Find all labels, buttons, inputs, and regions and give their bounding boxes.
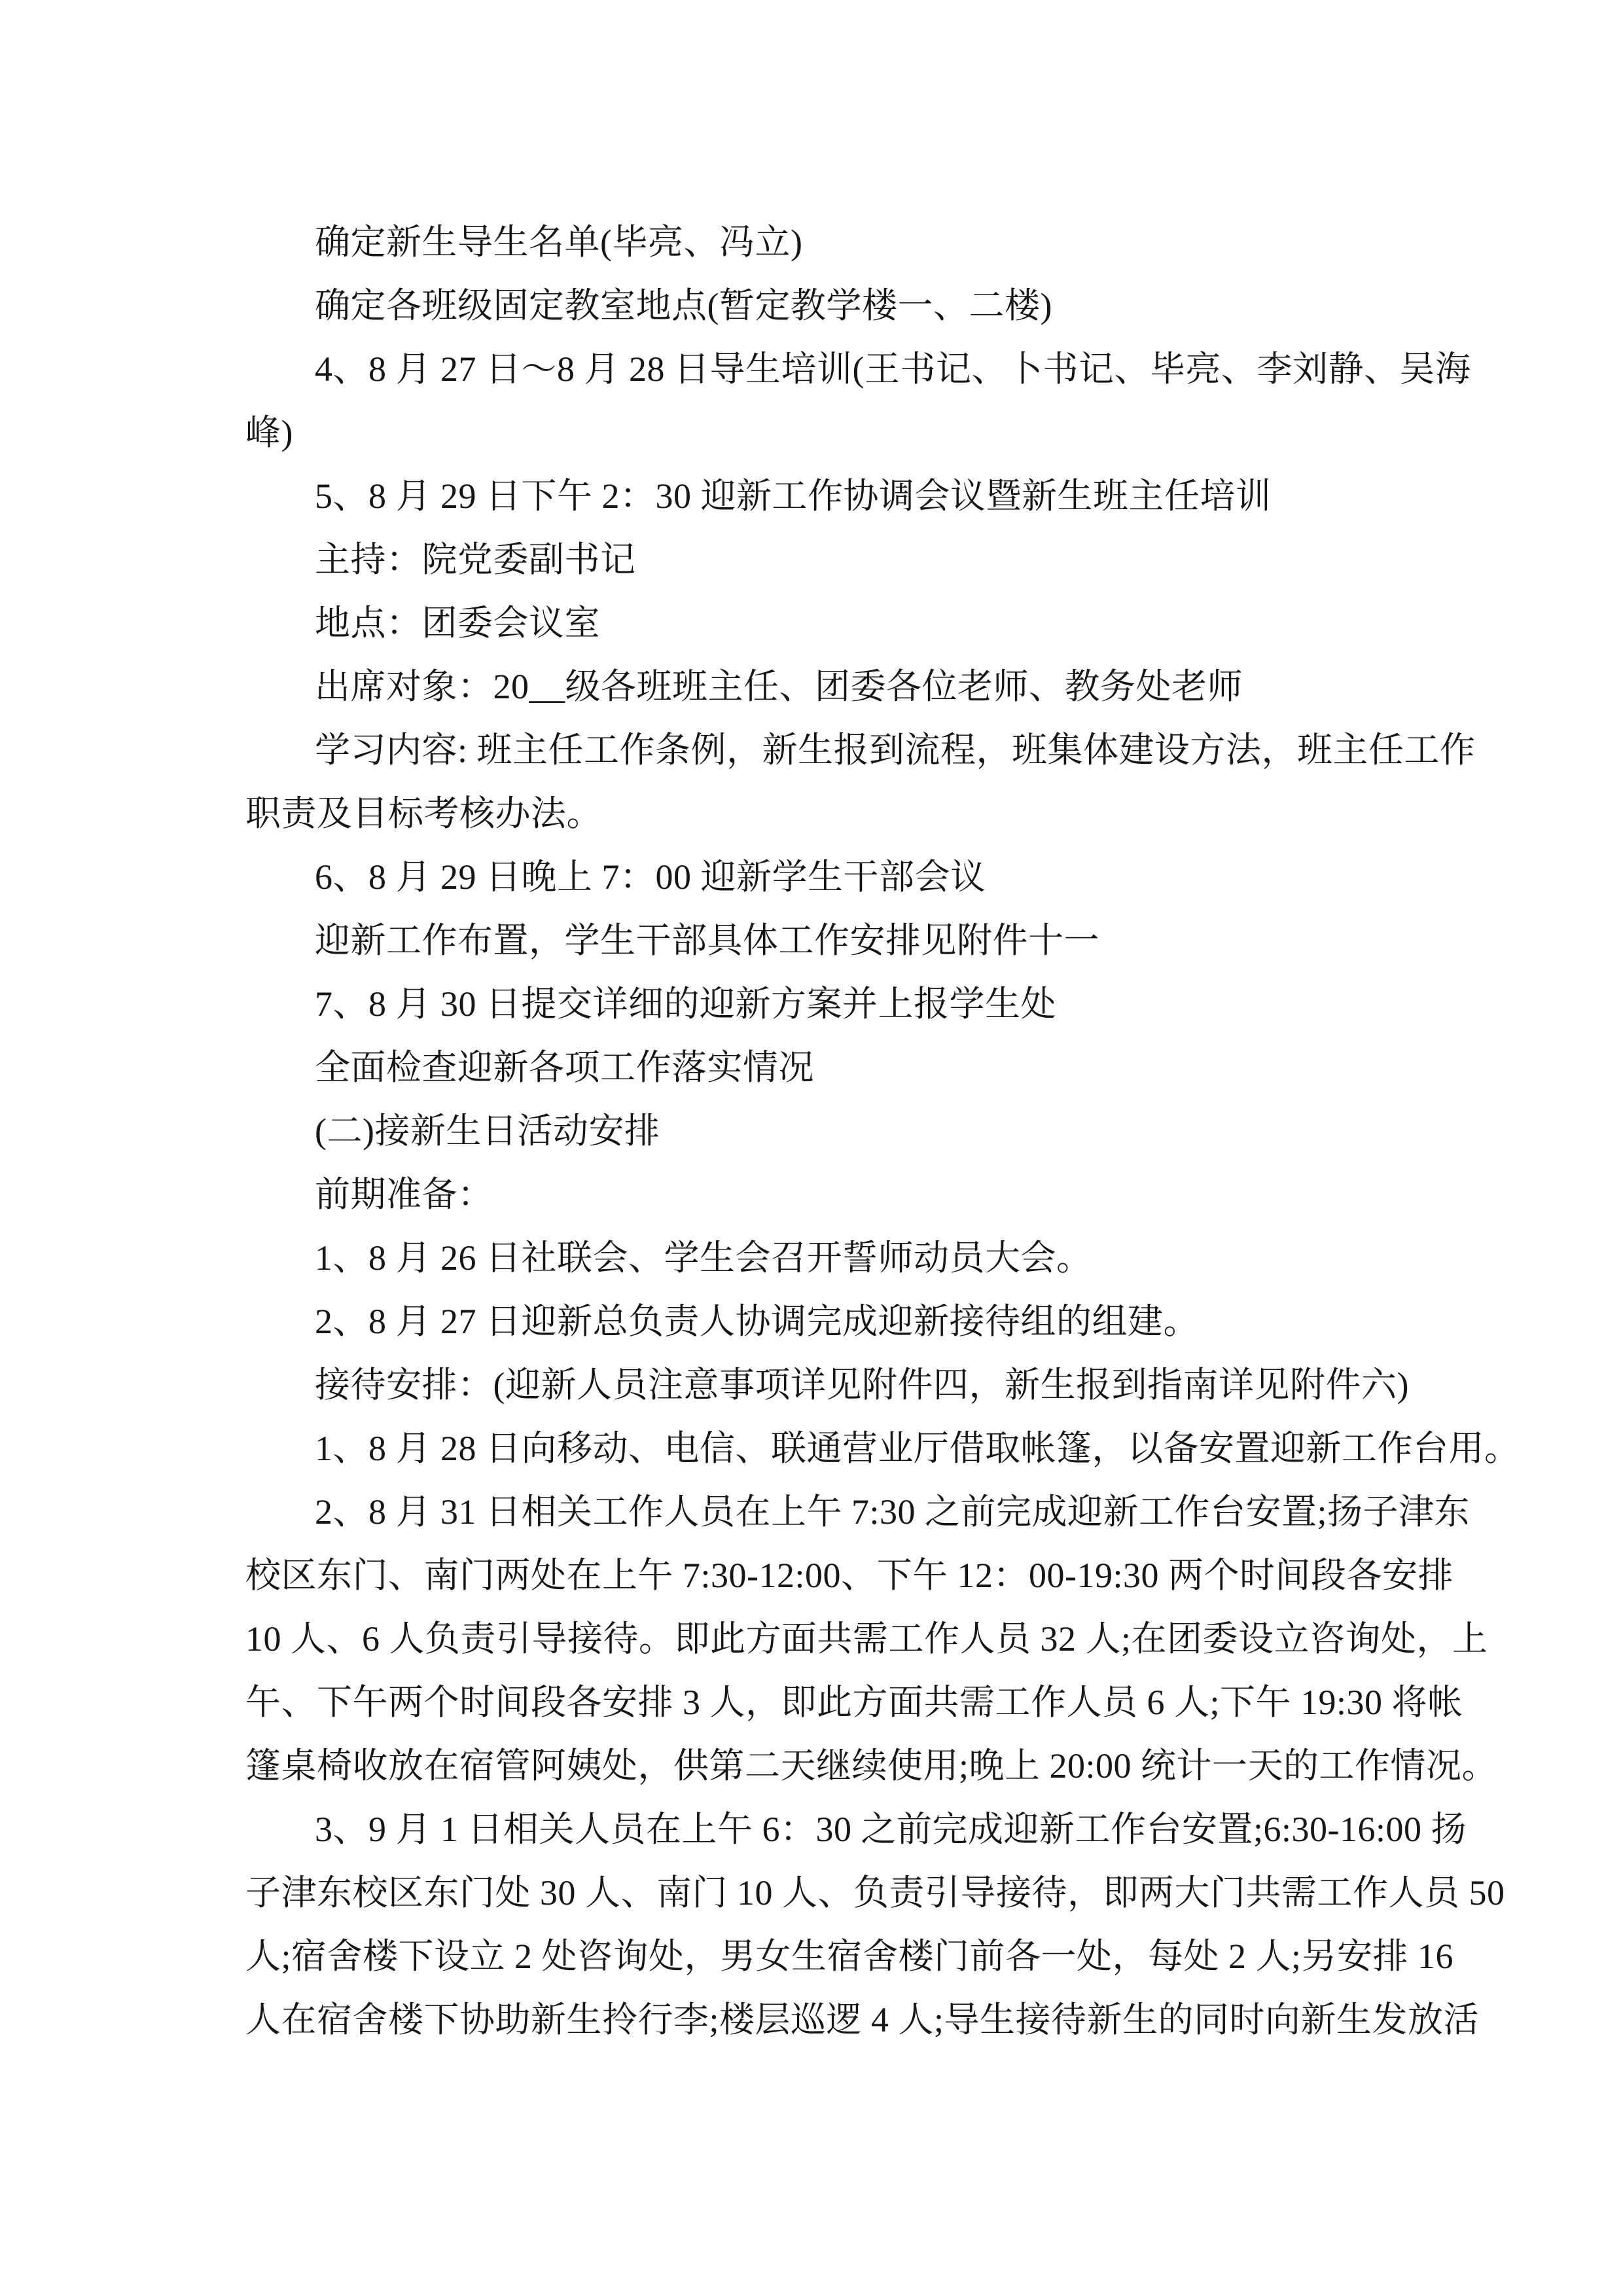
text-line: 出席对象：20__级各班班主任、团委各位老师、教务处老师 <box>245 655 1387 719</box>
text-line: 2、8 月 31 日相关工作人员在上午 7:30 之前完成迎新工作台安置;扬子津… <box>245 1480 1387 1544</box>
text-line: 7、8 月 30 日提交详细的迎新方案并上报学生处 <box>245 973 1387 1036</box>
text-line: 人;宿舍楼下设立 2 处咨询处，男女生宿舍楼门前各一处，每处 2 人;另安排 1… <box>245 1925 1387 1988</box>
text-line: 校区东门、南门两处在上午 7:30-12:00、下午 12：00-19:30 两… <box>245 1544 1387 1607</box>
text-line: 职责及目标考核办法。 <box>245 782 1387 846</box>
text-line: 地点：团委会议室 <box>245 592 1387 655</box>
text-line: 6、8 月 29 日晚上 7：00 迎新学生干部会议 <box>245 846 1387 909</box>
text-line: 1、8 月 28 日向移动、电信、联通营业厅借取帐篷，以备安置迎新工作台用。 <box>245 1417 1387 1480</box>
text-line: 前期准备： <box>245 1163 1387 1227</box>
text-line: 确定各班级固定教室地点(暂定教学楼一、二楼) <box>245 274 1387 338</box>
text-line: 5、8 月 29 日下午 2：30 迎新工作协调会议暨新生班主任培训 <box>245 465 1387 528</box>
text-line: (二)接新生日活动安排 <box>245 1100 1387 1163</box>
text-line: 峰) <box>245 401 1387 465</box>
document-page: 确定新生导生名单(毕亮、冯立) 确定各班级固定教室地点(暂定教学楼一、二楼) 4… <box>245 211 1387 2052</box>
text-line: 1、8 月 26 日社联会、学生会召开誓师动员大会。 <box>245 1227 1387 1290</box>
text-line: 人在宿舍楼下协助新生拎行李;楼层巡逻 4 人;导生接待新生的同时向新生发放活 <box>245 1988 1387 2052</box>
text-line: 3、9 月 1 日相关人员在上午 6：30 之前完成迎新工作台安置;6:30-1… <box>245 1798 1387 1861</box>
text-line: 2、8 月 27 日迎新总负责人协调完成迎新接待组的组建。 <box>245 1290 1387 1354</box>
text-line: 4、8 月 27 日～8 月 28 日导生培训(王书记、卜书记、毕亮、李刘静、吴… <box>245 338 1387 401</box>
text-line: 午、下午两个时间段各安排 3 人，即此方面共需工作人员 6 人;下午 19:30… <box>245 1671 1387 1734</box>
text-line: 篷桌椅收放在宿管阿姨处，供第二天继续使用;晚上 20:00 统计一天的工作情况。 <box>245 1734 1387 1798</box>
text-line: 接待安排：(迎新人员注意事项详见附件四，新生报到指南详见附件六) <box>245 1354 1387 1417</box>
text-line: 确定新生导生名单(毕亮、冯立) <box>245 211 1387 274</box>
text-line: 主持：院党委副书记 <box>245 528 1387 592</box>
text-line: 学习内容: 班主任工作条例，新生报到流程，班集体建设方法，班主任工作 <box>245 719 1387 782</box>
text-line: 子津东校区东门处 30 人、南门 10 人、负责引导接待，即两大门共需工作人员 … <box>245 1861 1387 1925</box>
text-line: 10 人、6 人负责引导接待。即此方面共需工作人员 32 人;在团委设立咨询处，… <box>245 1607 1387 1671</box>
text-line: 迎新工作布置，学生干部具体工作安排见附件十一 <box>245 909 1387 973</box>
text-line: 全面检查迎新各项工作落实情况 <box>245 1036 1387 1100</box>
